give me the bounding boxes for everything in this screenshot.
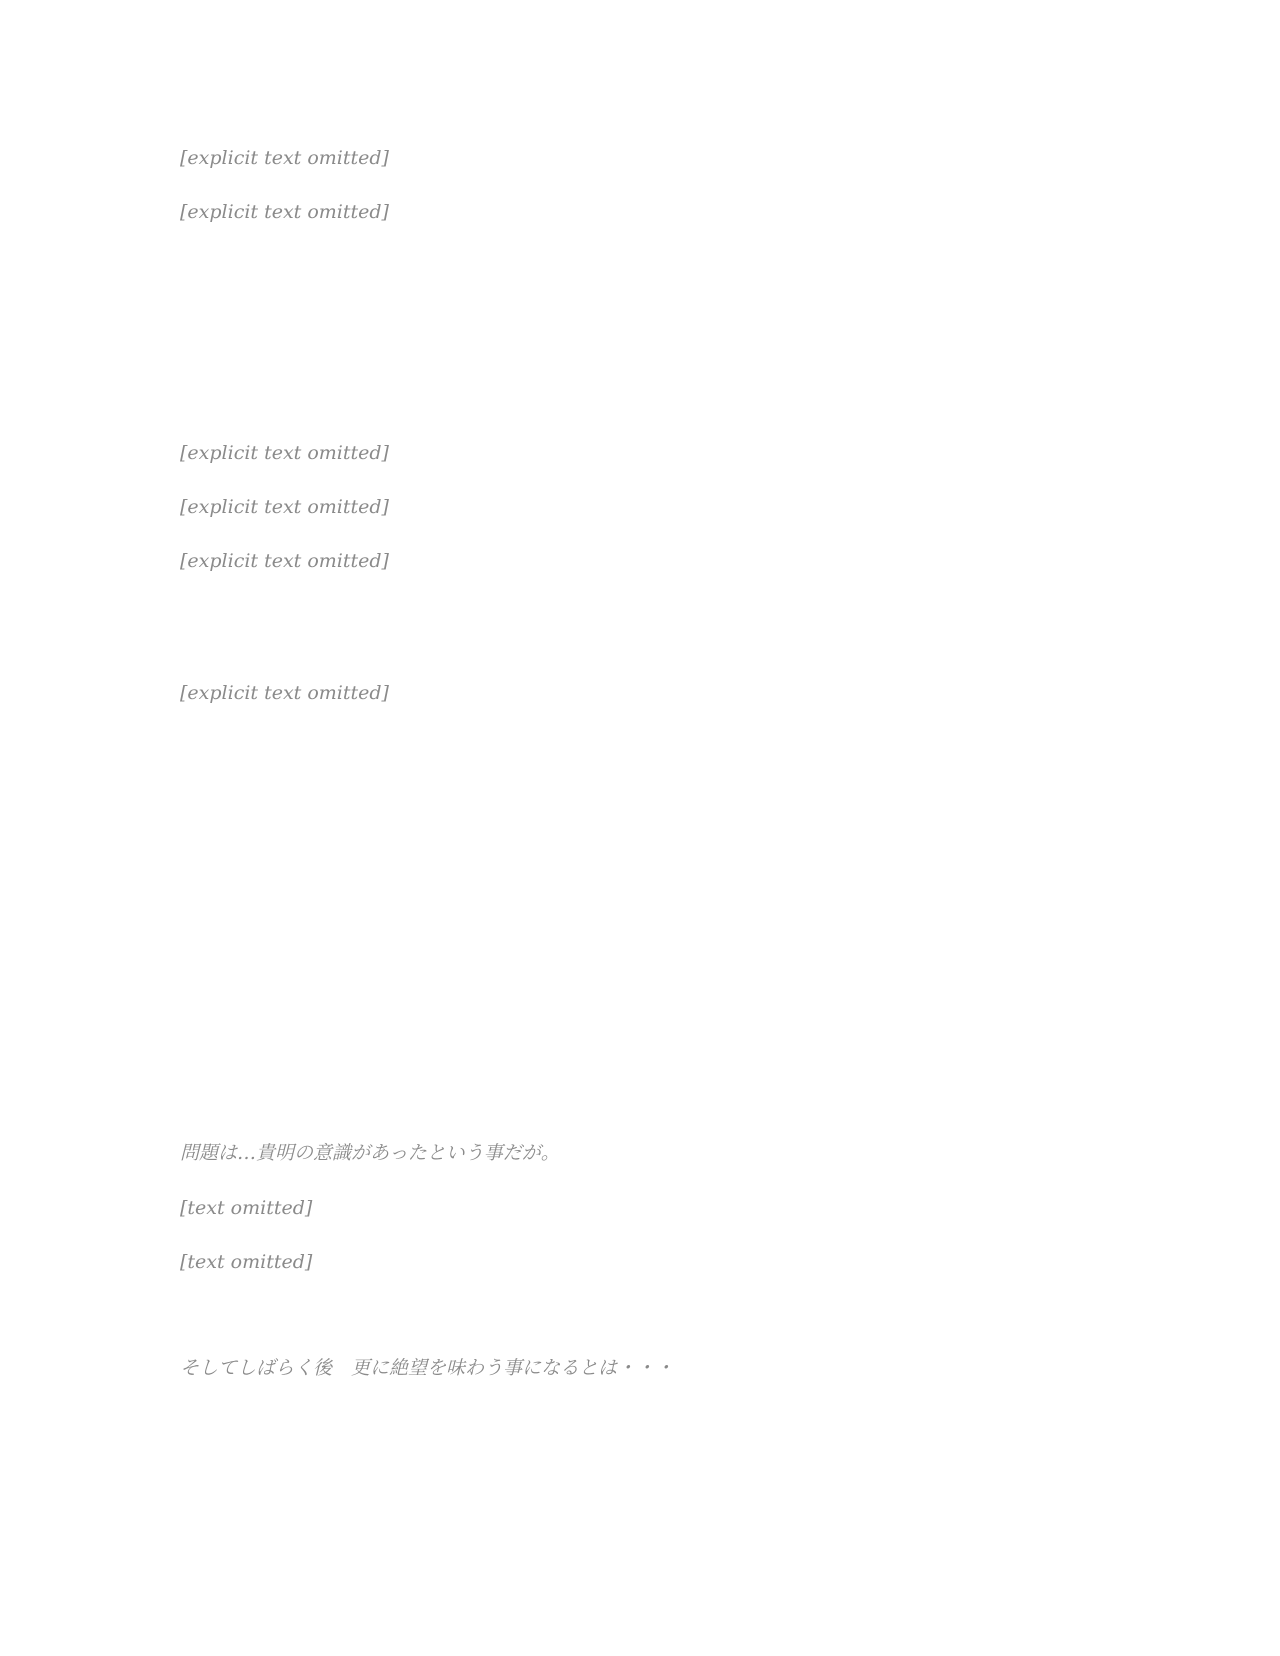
document-page: [explicit text omitted][explicit text om… [0,0,1280,1656]
paragraph: そしてしばらく後 更に絶望を味わう事になるとは・・・ [180,1355,1100,1382]
text-block-5: そしてしばらく後 更に絶望を味わう事になるとは・・・ [180,1355,1100,1409]
paragraph: [text omitted] [180,1249,1100,1276]
paragraph: [text omitted] [180,1195,1100,1222]
paragraph: [explicit text omitted] [180,494,1100,521]
paragraph: 問題は…貴明の意識があったという事だが。 [180,1140,1100,1167]
text-block-1: [explicit text omitted][explicit text om… [180,440,1100,602]
paragraph: [explicit text omitted] [180,199,1100,226]
paragraph: [explicit text omitted] [180,680,1100,707]
text-block-0: [explicit text omitted][explicit text om… [180,145,1100,253]
text-block-4: [text omitted][text omitted] [180,1195,1100,1303]
paragraph: [explicit text omitted] [180,548,1100,575]
paragraph: [explicit text omitted] [180,145,1100,172]
paragraph: [explicit text omitted] [180,440,1100,467]
text-block-2: [explicit text omitted] [180,680,1100,734]
text-block-3: 問題は…貴明の意識があったという事だが。 [180,1140,1100,1194]
